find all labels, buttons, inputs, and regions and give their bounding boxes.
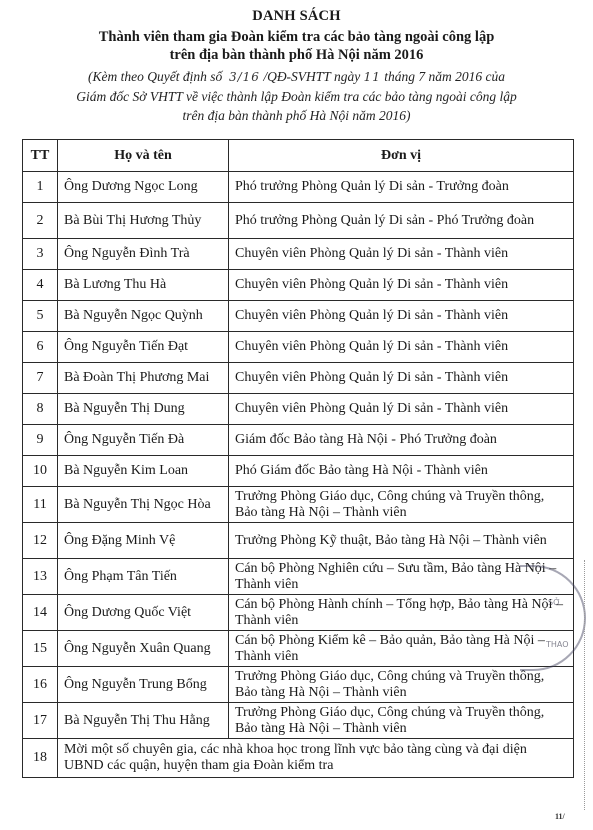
decision-number: 3/16 bbox=[229, 70, 260, 84]
member-name: Bà Bùi Thị Hương Thủy bbox=[58, 203, 229, 239]
member-name: Bà Nguyễn Kim Loan bbox=[58, 456, 229, 487]
table-row: 10Bà Nguyễn Kim LoanPhó Giám đốc Bảo tàn… bbox=[23, 456, 574, 487]
member-unit: Chuyên viên Phòng Quản lý Di sản - Thành… bbox=[229, 270, 574, 301]
members-table-body: 1Ông Dương Ngọc LongPhó trưởng Phòng Quả… bbox=[23, 172, 574, 778]
member-name: Ông Nguyễn Trung Bổng bbox=[58, 667, 229, 703]
table-row: 15Ông Nguyễn Xuân QuangCán bộ Phòng Kiểm… bbox=[23, 631, 574, 667]
member-unit: Trưởng Phòng Giáo dục, Công chúng và Tru… bbox=[229, 487, 574, 523]
member-unit: Phó trưởng Phòng Quản lý Di sản - Phó Tr… bbox=[229, 203, 574, 239]
stamp-text-top: SỞ bbox=[548, 598, 560, 607]
row-number: 1 bbox=[23, 172, 58, 203]
member-name: Ông Nguyễn Đình Trà bbox=[58, 239, 229, 270]
document-title: DANH SÁCH bbox=[0, 8, 593, 25]
member-unit: Chuyên viên Phòng Quản lý Di sản - Thành… bbox=[229, 332, 574, 363]
member-unit: Phó Giám đốc Bảo tàng Hà Nội - Thành viê… bbox=[229, 456, 574, 487]
table-row: 17Bà Nguyễn Thị Thu HằngTrưởng Phòng Giá… bbox=[23, 703, 574, 739]
row-number: 5 bbox=[23, 301, 58, 332]
member-name: Ông Nguyễn Tiến Đà bbox=[58, 425, 229, 456]
row-number: 12 bbox=[23, 523, 58, 559]
row-number: 16 bbox=[23, 667, 58, 703]
member-name: Ông Dương Quốc Việt bbox=[58, 595, 229, 631]
member-unit: Trưởng Phòng Kỹ thuật, Bảo tàng Hà Nội –… bbox=[229, 523, 574, 559]
note-prefix: (Kèm theo Quyết định số bbox=[88, 69, 222, 84]
table-row: 12Ông Đặng Minh VệTrưởng Phòng Kỹ thuật,… bbox=[23, 523, 574, 559]
row-number: 14 bbox=[23, 595, 58, 631]
document-page: DANH SÁCH Thành viên tham gia Đoàn kiểm … bbox=[0, 0, 593, 830]
header-unit: Đơn vị bbox=[229, 140, 574, 172]
note-line-1: (Kèm theo Quyết định số 3/16 /QĐ-SVHTT n… bbox=[0, 67, 593, 87]
table-row: 16Ông Nguyễn Trung BổngTrưởng Phòng Giáo… bbox=[23, 667, 574, 703]
member-unit: Chuyên viên Phòng Quản lý Di sản - Thành… bbox=[229, 239, 574, 270]
member-name: Bà Lương Thu Hà bbox=[58, 270, 229, 301]
table-header-row: TT Họ và tên Đơn vị bbox=[23, 140, 574, 172]
decision-note: (Kèm theo Quyết định số 3/16 /QĐ-SVHTT n… bbox=[0, 67, 593, 125]
stamp-text-bottom: THAO bbox=[546, 640, 569, 649]
table-row: 14Ông Dương Quốc ViệtCán bộ Phòng Hành c… bbox=[23, 595, 574, 631]
member-unit: Phó trưởng Phòng Quản lý Di sản - Trưởng… bbox=[229, 172, 574, 203]
row-number: 9 bbox=[23, 425, 58, 456]
member-name: Ông Nguyễn Tiến Đạt bbox=[58, 332, 229, 363]
member-name: Bà Nguyễn Thị Ngọc Hòa bbox=[58, 487, 229, 523]
member-unit: Giám đốc Bảo tàng Hà Nội - Phó Trưởng đo… bbox=[229, 425, 574, 456]
members-table: TT Họ và tên Đơn vị 1Ông Dương Ngọc Long… bbox=[22, 139, 574, 778]
note-line-2: Giám đốc Sở VHTT về việc thành lập Đoàn … bbox=[0, 87, 593, 106]
member-name: Bà Nguyễn Thị Thu Hằng bbox=[58, 703, 229, 739]
note-line-3: trên địa bàn thành phố Hà Nội năm 2016) bbox=[0, 106, 593, 125]
table-row: 9Ông Nguyễn Tiến ĐàGiám đốc Bảo tàng Hà … bbox=[23, 425, 574, 456]
member-name: Ông Đặng Minh Vệ bbox=[58, 523, 229, 559]
table-row: 2Bà Bùi Thị Hương ThủyPhó trưởng Phòng Q… bbox=[23, 203, 574, 239]
table-row: 1Ông Dương Ngọc LongPhó trưởng Phòng Quả… bbox=[23, 172, 574, 203]
member-unit: Chuyên viên Phòng Quản lý Di sản - Thành… bbox=[229, 363, 574, 394]
member-name: Bà Nguyễn Ngọc Quỳnh bbox=[58, 301, 229, 332]
member-name: Bà Nguyễn Thị Dung bbox=[58, 394, 229, 425]
row-number: 2 bbox=[23, 203, 58, 239]
row-number: 13 bbox=[23, 559, 58, 595]
row-number: 11 bbox=[23, 487, 58, 523]
row-number: 18 bbox=[23, 739, 58, 778]
official-stamp bbox=[520, 565, 586, 671]
table-row: 13Ông Phạm Tân TiếnCán bộ Phòng Nghiên c… bbox=[23, 559, 574, 595]
decision-day: 11 bbox=[364, 70, 381, 84]
member-name: Bà Đoàn Thị Phương Mai bbox=[58, 363, 229, 394]
member-name: Ông Dương Ngọc Long bbox=[58, 172, 229, 203]
member-unit: Chuyên viên Phòng Quản lý Di sản - Thành… bbox=[229, 301, 574, 332]
note-mid: /QĐ-SVHTT ngày bbox=[263, 69, 360, 84]
note-suffix: tháng 7 năm 2016 của bbox=[384, 69, 505, 84]
table-row: 4Bà Lương Thu HàChuyên viên Phòng Quản l… bbox=[23, 270, 574, 301]
document-subtitle: Thành viên tham gia Đoàn kiểm tra các bả… bbox=[0, 28, 593, 64]
row-number: 6 bbox=[23, 332, 58, 363]
table-row: 3Ông Nguyễn Đình TràChuyên viên Phòng Qu… bbox=[23, 239, 574, 270]
row-number: 8 bbox=[23, 394, 58, 425]
final-row-text: Mời một số chuyên gia, các nhà khoa học … bbox=[58, 739, 574, 778]
member-name: Ông Nguyễn Xuân Quang bbox=[58, 631, 229, 667]
row-number: 7 bbox=[23, 363, 58, 394]
member-unit: Trưởng Phòng Giáo dục, Công chúng và Tru… bbox=[229, 667, 574, 703]
header-tt: TT bbox=[23, 140, 58, 172]
header-name: Họ và tên bbox=[58, 140, 229, 172]
row-number: 4 bbox=[23, 270, 58, 301]
member-name: Ông Phạm Tân Tiến bbox=[58, 559, 229, 595]
page-mark: 11/ bbox=[555, 812, 565, 821]
page-edge-mark bbox=[584, 560, 585, 810]
member-unit: Chuyên viên Phòng Quản lý Di sản - Thành… bbox=[229, 394, 574, 425]
subtitle-line-2: trên địa bàn thành phố Hà Nội năm 2016 bbox=[0, 46, 593, 64]
table-row: 11Bà Nguyễn Thị Ngọc HòaTrưởng Phòng Giá… bbox=[23, 487, 574, 523]
row-number: 17 bbox=[23, 703, 58, 739]
row-number: 10 bbox=[23, 456, 58, 487]
row-number: 3 bbox=[23, 239, 58, 270]
row-number: 15 bbox=[23, 631, 58, 667]
table-row-final: 18Mời một số chuyên gia, các nhà khoa họ… bbox=[23, 739, 574, 778]
member-unit: Trưởng Phòng Giáo dục, Công chúng và Tru… bbox=[229, 703, 574, 739]
table-row: 5Bà Nguyễn Ngọc QuỳnhChuyên viên Phòng Q… bbox=[23, 301, 574, 332]
table-row: 7Bà Đoàn Thị Phương MaiChuyên viên Phòng… bbox=[23, 363, 574, 394]
table-row: 8Bà Nguyễn Thị DungChuyên viên Phòng Quả… bbox=[23, 394, 574, 425]
subtitle-line-1: Thành viên tham gia Đoàn kiểm tra các bả… bbox=[0, 28, 593, 46]
table-row: 6Ông Nguyễn Tiến ĐạtChuyên viên Phòng Qu… bbox=[23, 332, 574, 363]
